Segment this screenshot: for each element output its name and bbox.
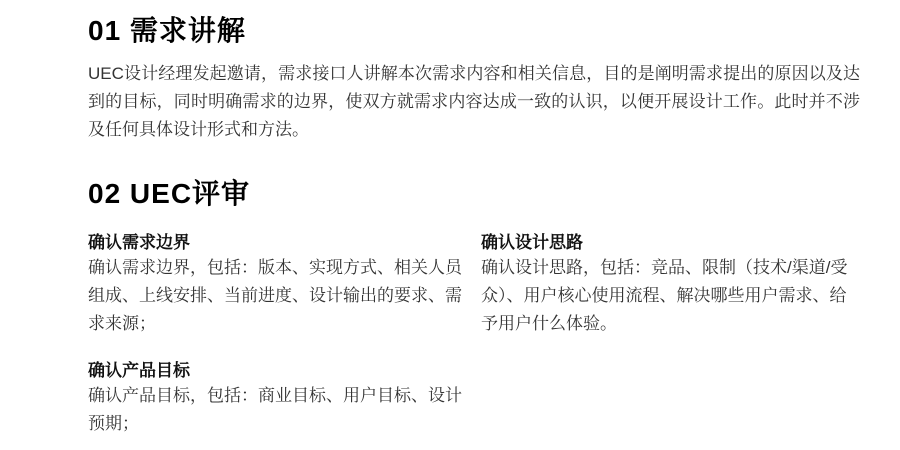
review-column-left: 确认需求边界 确认需求边界，包括：版本、实现方式、相关人员组成、上线安排、当前进… xyxy=(88,232,467,438)
review-column-right: 确认设计思路 确认设计思路，包括：竞品、限制（技术/渠道/受众）、用户核心使用流… xyxy=(481,232,860,438)
document-page: 01 需求讲解 UEC设计经理发起邀请，需求接口人讲解本次需求内容和相关信息，目… xyxy=(0,0,900,450)
block-design-approach: 确认设计思路 确认设计思路，包括：竞品、限制（技术/渠道/受众）、用户核心使用流… xyxy=(481,232,860,338)
block-product-goal-heading: 确认产品目标 xyxy=(88,360,467,382)
section-uec-review: 02 UEC评审 确认需求边界 确认需求边界，包括：版本、实现方式、相关人员组成… xyxy=(88,176,860,438)
block-product-goal: 确认产品目标 确认产品目标，包括：商业目标、用户目标、设计预期； xyxy=(88,360,467,438)
block-requirement-boundary-heading: 确认需求边界 xyxy=(88,232,467,254)
block-product-goal-body: 确认产品目标，包括：商业目标、用户目标、设计预期； xyxy=(88,382,467,438)
review-columns: 确认需求边界 确认需求边界，包括：版本、实现方式、相关人员组成、上线安排、当前进… xyxy=(88,232,860,438)
section-01-paragraph: UEC设计经理发起邀请，需求接口人讲解本次需求内容和相关信息，目的是阐明需求提出… xyxy=(88,60,860,144)
section-01-title: 01 需求讲解 xyxy=(88,13,860,49)
block-design-approach-heading: 确认设计思路 xyxy=(481,232,860,254)
block-requirement-boundary: 确认需求边界 确认需求边界，包括：版本、实现方式、相关人员组成、上线安排、当前进… xyxy=(88,232,467,338)
section-requirement-briefing: 01 需求讲解 UEC设计经理发起邀请，需求接口人讲解本次需求内容和相关信息，目… xyxy=(88,13,860,144)
section-02-title: 02 UEC评审 xyxy=(88,176,860,212)
block-design-approach-body: 确认设计思路，包括：竞品、限制（技术/渠道/受众）、用户核心使用流程、解决哪些用… xyxy=(481,254,860,338)
block-requirement-boundary-body: 确认需求边界，包括：版本、实现方式、相关人员组成、上线安排、当前进度、设计输出的… xyxy=(88,254,467,338)
